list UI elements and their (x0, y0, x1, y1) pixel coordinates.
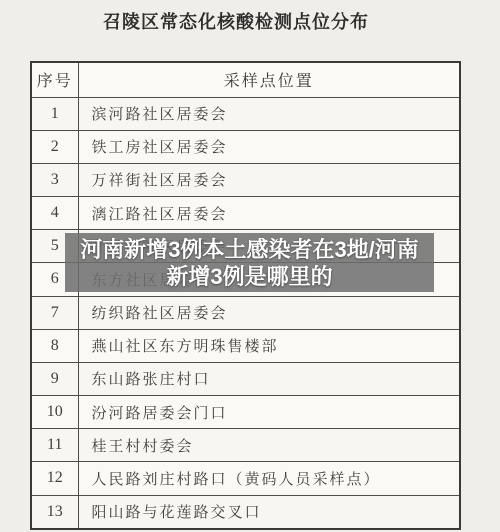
location-cell: 铁工房社区居委会 (78, 130, 460, 163)
col-header-location: 采样点位置 (78, 62, 460, 97)
serial-cell: 11 (31, 429, 78, 462)
table-header-row: 序号 采样点位置 (31, 62, 460, 97)
table-row: 11 桂王村村委会 (31, 429, 460, 462)
page-title: 召陵区常态化核酸检测点位分布 (0, 8, 472, 34)
table-row: 13 阳山路与花莲路交叉口 (31, 495, 460, 529)
location-cell: 阳山路与花莲路交叉口 (78, 495, 460, 529)
serial-cell: 12 (31, 462, 78, 495)
location-cell: 人民路刘庄村路口（黄码人员采样点） (78, 462, 460, 495)
table-row: 8 燕山社区东方明珠售楼部 (31, 329, 460, 362)
serial-cell: 4 (31, 197, 78, 230)
serial-cell: 9 (31, 362, 78, 395)
table-row: 12 人民路刘庄村路口（黄码人员采样点） (31, 462, 460, 495)
location-cell: 东山路张庄村口 (78, 362, 460, 395)
serial-cell: 1 (31, 97, 78, 130)
sampling-points-table: 序号 采样点位置 1 滨河路社区居委会 2 铁工房社区居委会 3 万祥街社区居委… (30, 61, 461, 530)
news-caption-line2: 新增3例是哪里的 (166, 263, 332, 290)
serial-cell: 7 (31, 296, 78, 329)
news-caption-line1: 河南新增3例本土感染者在3地/河南 (80, 236, 419, 263)
table-row: 10 汾河路居委会门口 (31, 396, 460, 429)
table-row: 2 铁工房社区居委会 (31, 130, 460, 163)
location-cell: 燕山社区东方明珠售楼部 (78, 329, 460, 362)
document-page: 召陵区常态化核酸检测点位分布 序号 采样点位置 1 滨河路社区居委会 2 铁工房… (0, 0, 500, 532)
col-header-serial: 序号 (31, 62, 78, 97)
table-row: 1 滨河路社区居委会 (31, 97, 460, 130)
serial-cell: 8 (31, 329, 78, 362)
location-cell: 滨河路社区居委会 (78, 97, 460, 130)
location-cell: 汾河路居委会门口 (78, 396, 460, 429)
location-cell: 万祥街社区居委会 (78, 163, 460, 196)
location-cell: 漓江路社区居委会 (78, 197, 460, 230)
serial-cell: 13 (31, 495, 78, 529)
location-cell: 纺织路社区居委会 (78, 296, 460, 329)
serial-cell: 10 (31, 396, 78, 429)
news-caption-overlay: 河南新增3例本土感染者在3地/河南 新增3例是哪里的 (65, 233, 434, 292)
table-row: 7 纺织路社区居委会 (31, 296, 460, 329)
table-row: 3 万祥街社区居委会 (31, 163, 460, 196)
location-cell: 桂王村村委会 (78, 429, 460, 462)
serial-cell: 2 (31, 130, 78, 163)
sampling-points-table-wrap: 序号 采样点位置 1 滨河路社区居委会 2 铁工房社区居委会 3 万祥街社区居委… (30, 61, 461, 530)
table-row: 4 漓江路社区居委会 (31, 197, 460, 230)
table-row: 9 东山路张庄村口 (31, 362, 460, 395)
serial-cell: 3 (31, 163, 78, 196)
